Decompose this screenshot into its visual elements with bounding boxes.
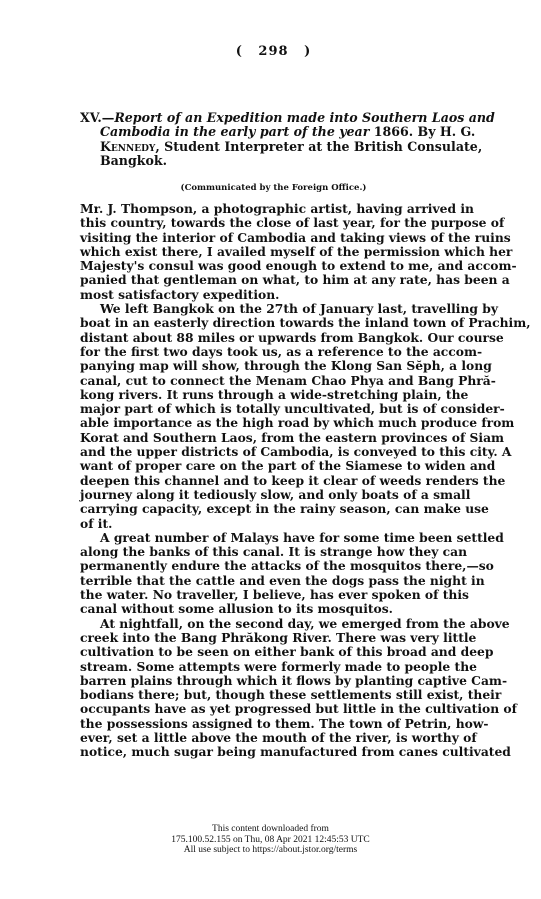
body-line: of it. <box>80 517 467 531</box>
body-line: this country, towards the close of last … <box>80 216 467 230</box>
body-line: journey along it tediously slow, and onl… <box>80 488 467 502</box>
footer-line-2: 175.100.52.155 on Thu, 08 Apr 2021 12:45… <box>0 835 541 846</box>
title-text: , Student Interpreter at the British Con… <box>155 139 482 154</box>
body-line: Majesty's consul was good enough to exte… <box>80 259 467 273</box>
body-line: for the first two days took us, as a ref… <box>80 345 467 359</box>
body-line: panying map will show, through the Klong… <box>80 359 467 373</box>
body-line: visiting the interior of Cambodia and ta… <box>80 231 467 245</box>
body-line: major part of which is totally uncultiva… <box>80 402 467 416</box>
download-notice: This content downloaded from 175.100.52.… <box>0 824 541 856</box>
body-line: distant about 88 miles or upwards from B… <box>80 331 467 345</box>
body-line: stream. Some attempts were formerly made… <box>80 660 467 674</box>
article-title: XV.—Report of an Expedition made into So… <box>80 111 467 168</box>
title-line-3: Kennedy, Student Interpreter at the Brit… <box>80 140 467 154</box>
title-line-4: Bangkok. <box>80 154 467 168</box>
author-name: Kennedy <box>100 139 155 154</box>
body-line: Mr. J. Thompson, a photographic artist, … <box>80 202 467 216</box>
body-line: able importance as the high road by whic… <box>80 416 467 430</box>
communicated-by: (Communicated by the Foreign Office.) <box>80 183 467 193</box>
body-line: creek into the Bang Phrăkong River. Ther… <box>80 631 467 645</box>
title-italic: Report of an Expedition made into Southe… <box>114 110 495 125</box>
body-line: canal, cut to connect the Menam Chao Phy… <box>80 374 467 388</box>
body-line: boat in an easterly direction towards th… <box>80 316 467 330</box>
body-line: A great number of Malays have for some t… <box>80 531 467 545</box>
body-line: ever, set a little above the mouth of th… <box>80 731 467 745</box>
body-line: panied that gentleman on what, to him at… <box>80 273 467 287</box>
body-line: carrying capacity, except in the rainy s… <box>80 502 467 516</box>
footer-line-1: This content downloaded from <box>0 824 541 835</box>
body-line: barren plains through which it flows by … <box>80 674 467 688</box>
body-line: which exist there, I availed myself of t… <box>80 245 467 259</box>
body-line: most satisfactory expedition. <box>80 288 467 302</box>
body-line: cultivation to be seen on either bank of… <box>80 645 467 659</box>
article-body: Mr. J. Thompson, a photographic artist, … <box>80 202 467 760</box>
body-line: terrible that the cattle and even the do… <box>80 574 467 588</box>
footer-line-3: All use subject to https://about.jstor.o… <box>0 845 541 856</box>
title-line-2: Cambodia in the early part of the year 1… <box>80 125 467 139</box>
body-line: canal without some allusion to its mosqu… <box>80 602 467 616</box>
body-line: occupants have as yet progressed but lit… <box>80 702 467 716</box>
body-line: the water. No traveller, I believe, has … <box>80 588 467 602</box>
title-text: Bangkok. <box>100 153 167 168</box>
body-line: and the upper districts of Cambodia, is … <box>80 445 467 459</box>
body-line: bodians there; but, though these settlem… <box>80 688 467 702</box>
body-line: want of proper care on the part of the S… <box>80 459 467 473</box>
body-line: At nightfall, on the second day, we emer… <box>80 617 467 631</box>
body-line: notice, much sugar being manufactured fr… <box>80 745 467 759</box>
title-text: 1866. By H. G. <box>369 124 475 139</box>
body-line: We left Bangkok on the 27th of January l… <box>80 302 467 316</box>
body-line: Korat and Southern Laos, from the easter… <box>80 431 467 445</box>
title-line-1: XV.—Report of an Expedition made into So… <box>80 111 467 125</box>
page-number: ( 298 ) <box>80 44 467 59</box>
body-line: permanently endure the attacks of the mo… <box>80 559 467 573</box>
body-line: the possessions assigned to them. The to… <box>80 717 467 731</box>
section-number: XV.— <box>80 110 114 125</box>
body-line: kong rivers. It runs through a wide-stre… <box>80 388 467 402</box>
title-italic: Cambodia in the early part of the year <box>100 124 369 139</box>
body-line: along the banks of this canal. It is str… <box>80 545 467 559</box>
body-line: deepen this channel and to keep it clear… <box>80 474 467 488</box>
